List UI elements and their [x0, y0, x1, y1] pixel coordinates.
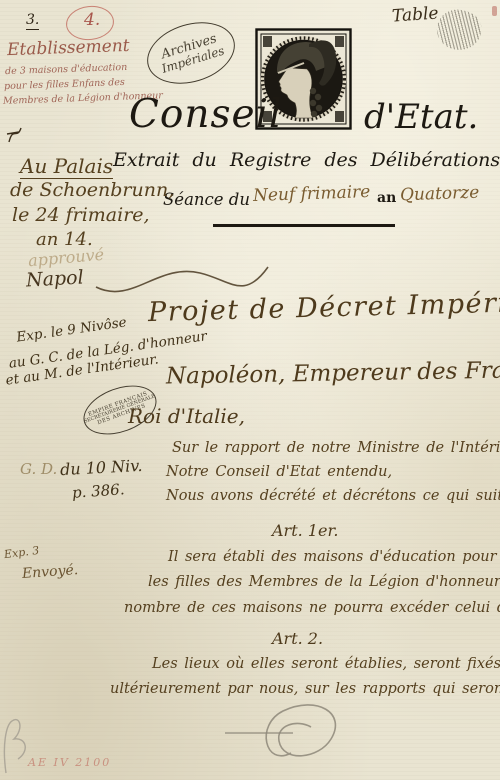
- art1-line3: nombre de ces maisons ne pourra excéder …: [124, 600, 500, 616]
- etablissement-note-title: Etablissement: [7, 36, 130, 60]
- corner-mark: [492, 6, 497, 16]
- seance-label: Séance du: [163, 190, 250, 209]
- header-subtitle: Extrait du Registre des Délibérations.: [113, 149, 500, 171]
- place-line3: le 24 frimaire,: [12, 204, 150, 226]
- document-page: 3. 4. Table Archives Impériales Etabliss…: [0, 0, 500, 780]
- etablissement-note-line2: de 3 maisons d'éducation: [5, 62, 128, 77]
- bulletin-note-line1: du 10 Niv.: [60, 456, 143, 479]
- red-folio-number: 4.: [84, 10, 100, 30]
- table-note: Table: [391, 3, 439, 26]
- envoye-note: Envoyé.: [22, 562, 79, 582]
- bottom-cote: AE IV 2100: [28, 756, 111, 769]
- art1-line2: les filles des Membres de la Légion d'ho…: [148, 574, 500, 590]
- napoleon-signature: Napol: [25, 267, 84, 292]
- header-title-left: Conseil: [129, 92, 282, 137]
- preamble-line1: Sur le rapport de notre Ministre de l'In…: [172, 440, 500, 456]
- preamble-line3: Nous avons décrété et décrétons ce qui s…: [166, 488, 500, 504]
- seance-date-part1: Neuf frimaire: [253, 182, 371, 206]
- scribble-mark: [433, 5, 485, 54]
- etablissement-note-line3: pour les filles Enfans des: [4, 77, 125, 92]
- header-title-right: d'Etat.: [364, 97, 478, 137]
- art2-line1: Les lieux où elles seront établies, sero…: [152, 656, 500, 672]
- seance-underline: [213, 224, 395, 227]
- line-roi: Roi d'Italie,: [128, 404, 245, 428]
- pencil-flourish: [225, 695, 425, 770]
- art1-line1: Il sera établi des maisons d'éducation p…: [168, 549, 497, 565]
- folio-number: 3.: [26, 12, 39, 30]
- exp-count-note: Exp. 3: [3, 544, 40, 561]
- bulletin-note-line2: p. 386.: [71, 480, 125, 502]
- place-line1: Au Palais: [20, 154, 113, 179]
- preamble-line2: Notre Conseil d'Etat entendu,: [166, 464, 392, 480]
- line-napoleon: Napoléon, Empereur des Français,: [166, 356, 500, 389]
- seance-date-part2: Quatorze: [400, 183, 480, 206]
- place-line2: de Schoenbrunn,: [10, 179, 174, 201]
- paraph-mark: [5, 122, 33, 146]
- art2-heading: Art. 2.: [272, 629, 323, 648]
- archives-imperiales-stamp: Archives Impériales: [139, 12, 242, 94]
- art1-heading: Art. 1er.: [272, 521, 338, 540]
- seance-an-label: an: [377, 190, 396, 206]
- bulletin-note-prefix: G. D.: [20, 460, 57, 478]
